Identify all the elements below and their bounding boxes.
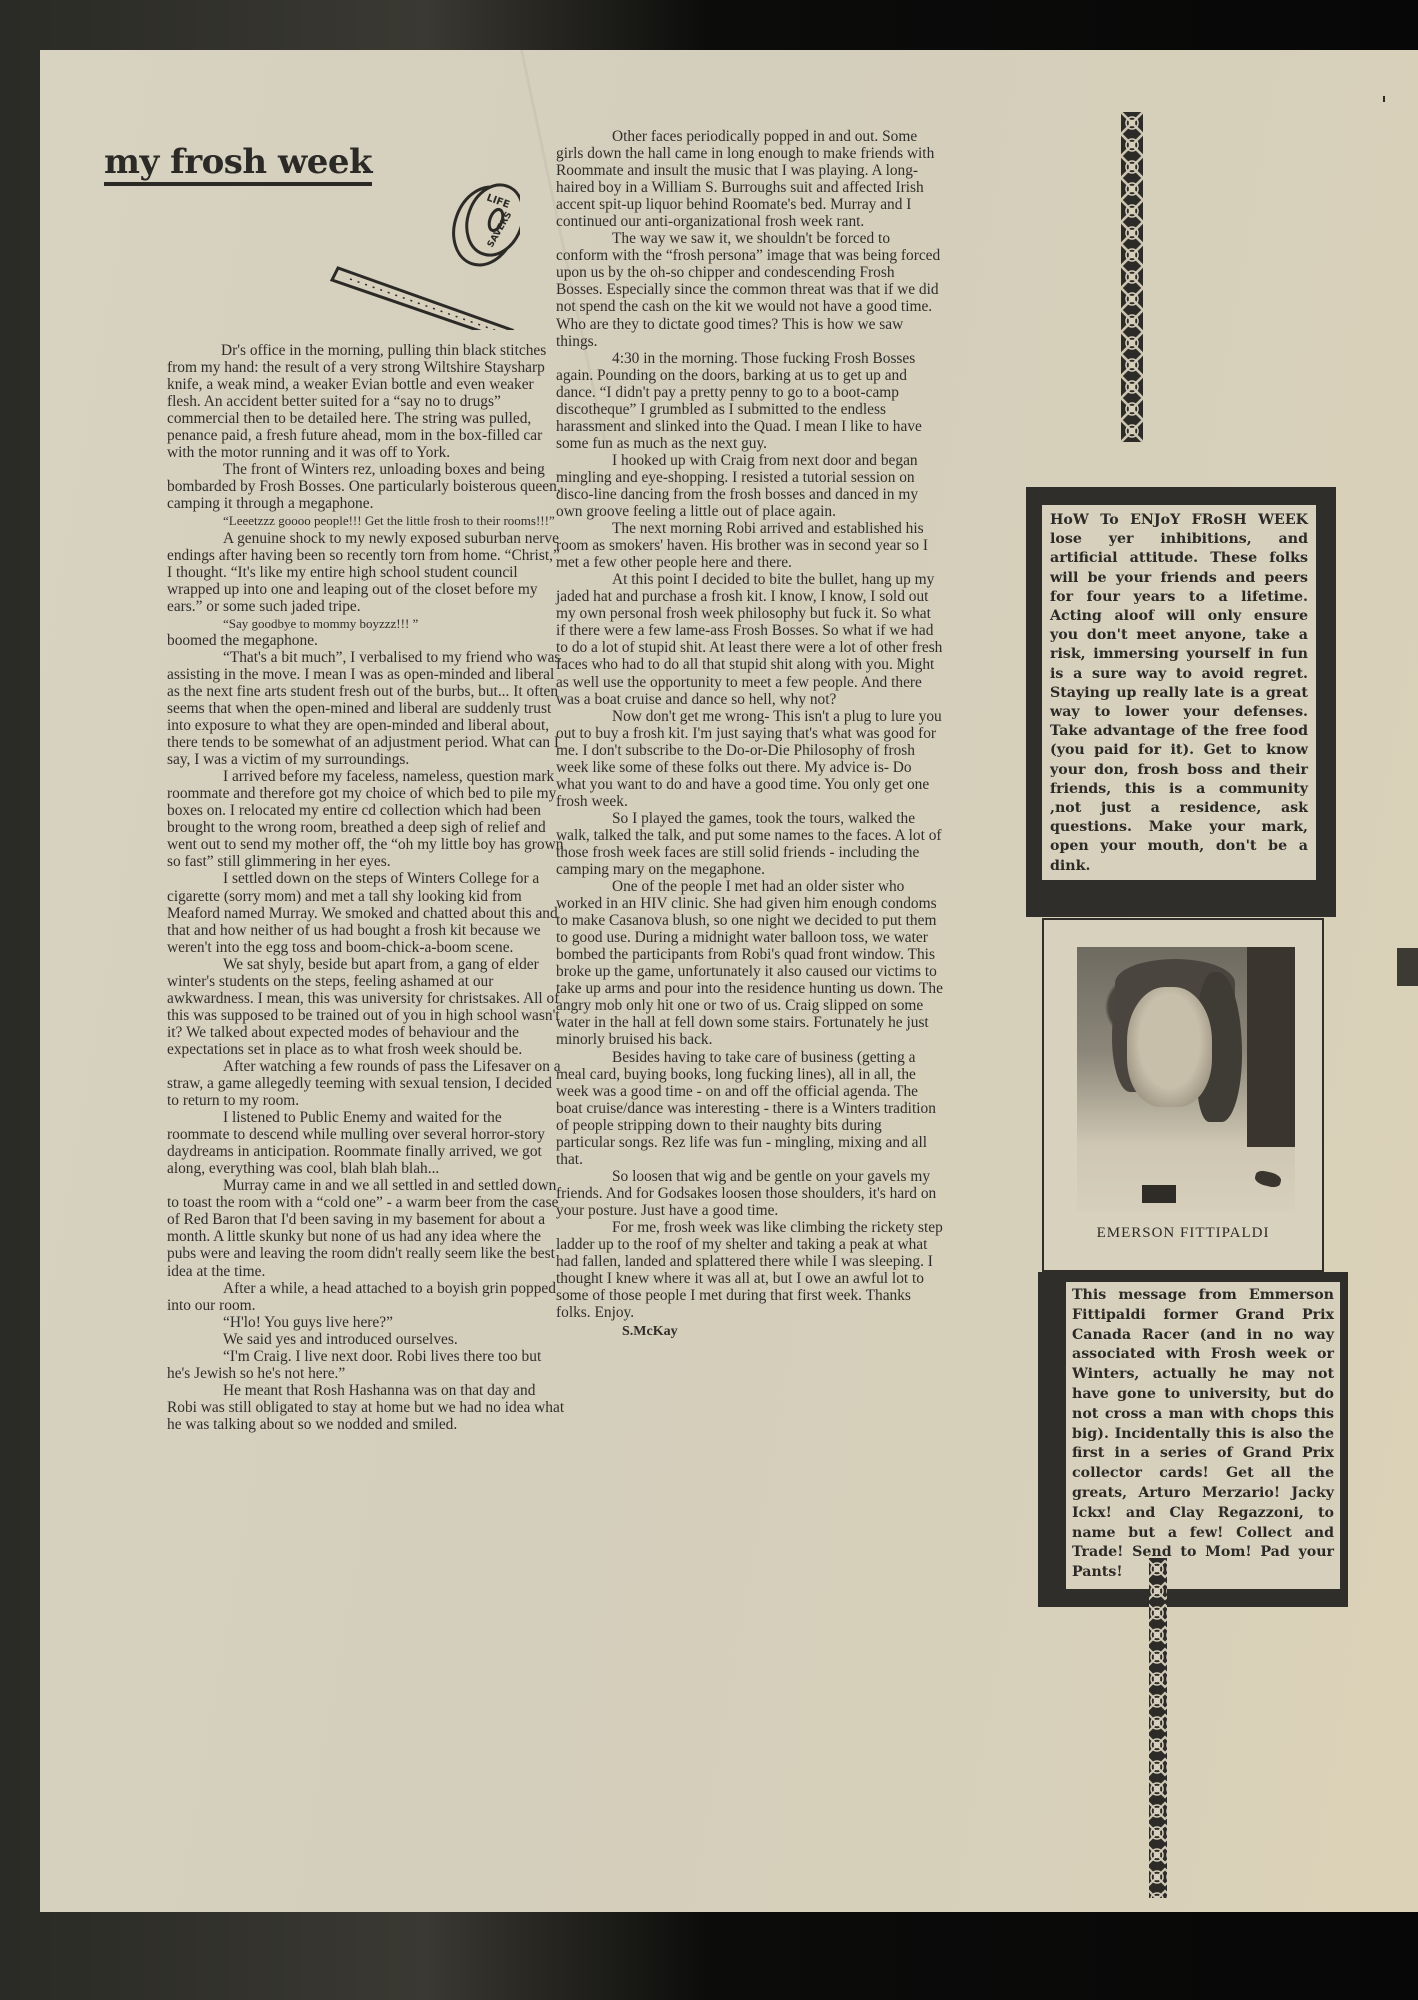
article-paragraph: After a while, a head attached to a boyi… <box>167 1280 567 1314</box>
tips-box: HoW To ENJoY FRoSH WEEK lose yer inhibit… <box>1026 487 1336 917</box>
article-paragraph: I hooked up with Craig from next door an… <box>556 452 944 520</box>
sponsor-patch-icon <box>1254 1169 1283 1189</box>
article-paragraph: The way we saw it, we shouldn't be force… <box>556 230 944 349</box>
article-paragraph: “That's a bit much”, I verbalised to my … <box>167 649 567 768</box>
newspaper-page: my frosh week LIFE SAVERS Dr's office in… <box>40 50 1418 1912</box>
decorative-border-strip <box>1149 1558 1167 1898</box>
article-paragraph: A genuine shock to my newly exposed subu… <box>167 530 567 615</box>
article-paragraph: So loosen that wig and be gentle on your… <box>556 1168 944 1219</box>
message-box-text: This message from Emmerson Fittipaldi fo… <box>1066 1282 1340 1589</box>
adjacent-page-mark <box>1397 948 1418 986</box>
article-paragraph: “H'lo! You guys live here?” <box>167 1314 567 1331</box>
article-column-1: Dr's office in the morning, pulling thin… <box>167 342 567 1433</box>
print-mark <box>1383 96 1385 102</box>
article-paragraph: The next morning Robi arrived and establ… <box>556 520 944 571</box>
article-paragraph: Murray came in and we all settled in and… <box>167 1177 567 1279</box>
message-box: This message from Emmerson Fittipaldi fo… <box>1038 1272 1348 1607</box>
article-paragraph: Now don't get me wrong- This isn't a plu… <box>556 708 944 810</box>
photo-card: EMERSON FITTIPALDI <box>1042 918 1324 1272</box>
lifesaver-straw-illustration: LIFE SAVERS <box>280 180 520 330</box>
article-paragraph: “Leeetzzz goooo people!!! Get the little… <box>167 512 567 529</box>
article-paragraph: So I played the games, took the tours, w… <box>556 810 944 878</box>
article-paragraph: Dr's office in the morning, pulling thin… <box>167 342 567 461</box>
article-paragraph: The front of Winters rez, unloading boxe… <box>167 461 567 512</box>
article-paragraph: 4:30 in the morning. Those fucking Frosh… <box>556 350 944 452</box>
lifesaver-candy-icon: LIFE SAVERS <box>443 180 520 274</box>
straw-icon <box>332 268 512 330</box>
article-paragraph: Other faces periodically popped in and o… <box>556 128 944 230</box>
tips-box-text: HoW To ENJoY FRoSH WEEK lose yer inhibit… <box>1042 505 1316 880</box>
article-paragraph: After watching a few rounds of pass the … <box>167 1058 567 1109</box>
decorative-border-strip <box>1121 112 1143 442</box>
article-paragraph: I arrived before my faceless, nameless, … <box>167 768 567 870</box>
article-paragraph: We said yes and introduced ourselves. <box>167 1331 567 1348</box>
face <box>1127 987 1212 1107</box>
article-paragraph: One of the people I met had an older sis… <box>556 878 944 1048</box>
article-paragraph: He meant that Rosh Hashanna was on that … <box>167 1382 567 1433</box>
article-paragraph: “Say goodbye to mommy boyzzz!!! ” <box>167 615 567 632</box>
article-column-2: Other faces periodically popped in and o… <box>556 128 944 1340</box>
article-paragraph: boomed the megaphone. <box>167 632 567 649</box>
photo-caption: EMERSON FITTIPALDI <box>1044 1225 1322 1242</box>
article-paragraph: I listened to Public Enemy and waited fo… <box>167 1109 567 1177</box>
byline: S.McKay <box>622 1323 944 1340</box>
article-paragraph: For me, frosh week was like climbing the… <box>556 1219 944 1321</box>
article-paragraph: At this point I decided to bite the bull… <box>556 571 944 707</box>
article-paragraph: We sat shyly, beside but apart from, a g… <box>167 956 567 1058</box>
article-paragraph: “I'm Craig. I live next door. Robi lives… <box>167 1348 567 1382</box>
article-paragraph: Besides having to take care of business … <box>556 1049 944 1168</box>
article-paragraph: I settled down on the steps of Winters C… <box>167 870 567 955</box>
badge-icon <box>1142 1185 1176 1203</box>
portrait-photo <box>1077 947 1295 1212</box>
